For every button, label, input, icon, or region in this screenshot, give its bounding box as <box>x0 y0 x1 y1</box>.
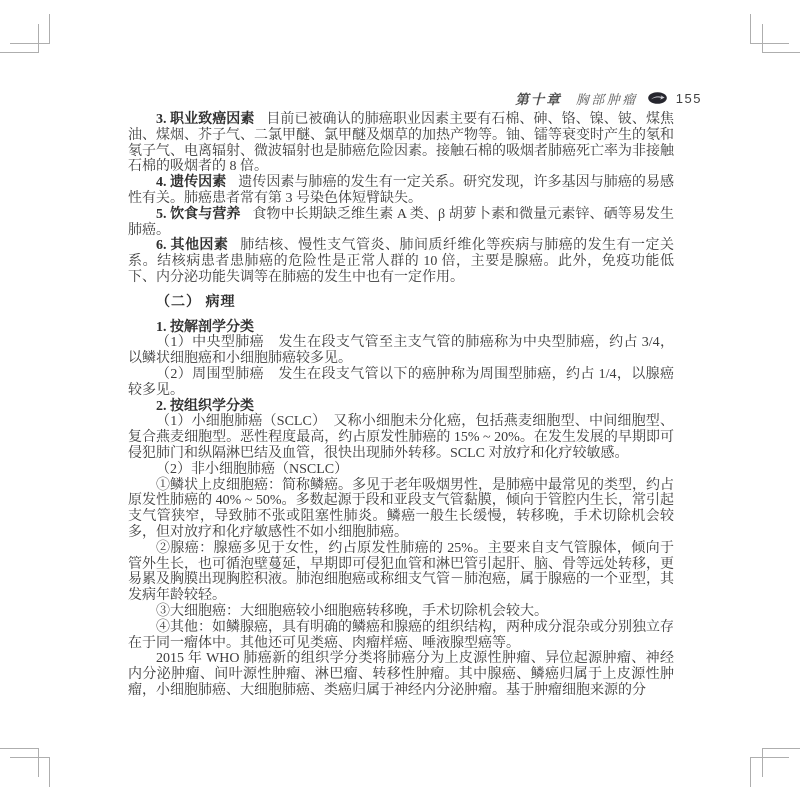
swoosh-ellipse-icon <box>648 92 667 104</box>
section-heading: 1. 按解剖学分类 <box>128 320 674 336</box>
crop-mark-bottom-left-inner <box>0 748 39 777</box>
page-body-text: 3. 职业致癌因素目前已被确认的肺癌职业因素主要有石棉、砷、铬、镍、铍、煤焦油、… <box>128 112 674 699</box>
paragraph: ①鳞状上皮细胞癌：简称鳞癌。多见于老年吸烟男性，是肺癌中最常见的类型，约占原发性… <box>128 478 674 541</box>
paragraph-lead: 2. 按组织学分类 <box>156 399 254 414</box>
paragraph: 5. 饮食与营养食物中长期缺乏维生素 A 类、β 胡萝卜素和微量元素锌、硒等易发… <box>128 207 674 239</box>
page-number: 155 <box>676 91 702 106</box>
section-heading: （二） 病理 <box>128 295 674 311</box>
paragraph: 2015 年 WHO 肺癌新的组织学分类将肺癌分为上皮源性肿瘤、异位起源肿瘤、神… <box>128 651 674 698</box>
paragraph-lead: 6. 其他因素 <box>156 238 228 253</box>
chapter-number: 第十章 <box>515 88 562 108</box>
paragraph-text: ④其他：如鳞腺癌，具有明确的鳞癌和腺癌的组织结构，两种成分混杂或分别独立存在于同… <box>128 620 674 651</box>
paragraph: 6. 其他因素肺结核、慢性支气管炎、肺间质纤维化等疾病与肺癌的发生有一定关系。结… <box>128 238 674 285</box>
paragraph-text: （2）非小细胞肺癌（NSCLC） <box>156 462 348 477</box>
paragraph: （2）非小细胞肺癌（NSCLC） <box>128 462 674 478</box>
paragraph-lead: 3. 职业致癌因素 <box>156 112 254 127</box>
paragraph: ③大细胞癌：大细胞癌较小细胞癌转移晚，手术切除机会较大。 <box>128 604 674 620</box>
paragraph: ②腺癌：腺癌多见于女性，约占原发性肺癌的 25%。主要来自支气管腺体，倾向于管外… <box>128 541 674 604</box>
paragraph: （1）中央型肺癌 发生在段支气管至主支气管的肺癌称为中央型肺癌，约占 3/4，以… <box>128 335 674 367</box>
paragraph-text: （1）中央型肺癌 发生在段支气管至主支气管的肺癌称为中央型肺癌，约占 3/4，以… <box>128 335 674 366</box>
paragraph: （1）小细胞肺癌（SCLC） 又称小细胞未分化癌，包括燕麦细胞型、中间细胞型、复… <box>128 414 674 461</box>
paragraph-text: （2）周围型肺癌 发生在段支气管以下的癌肿称为周围型肺癌，约占 1/4，以腺癌较… <box>128 367 674 398</box>
paragraph-lead: 4. 遗传因素 <box>156 175 226 190</box>
crop-mark-top-left-inner <box>0 24 39 53</box>
paragraph-text: ②腺癌：腺癌多见于女性，约占原发性肺癌的 25%。主要来自支气管腺体，倾向于管外… <box>128 541 674 603</box>
paragraph-text: ③大细胞癌：大细胞癌较小细胞癌转移晚，手术切除机会较大。 <box>156 604 548 619</box>
paragraph: ④其他：如鳞腺癌，具有明确的鳞癌和腺癌的组织结构，两种成分混杂或分别独立存在于同… <box>128 620 674 652</box>
paragraph: 4. 遗传因素遗传因素与肺癌的发生有一定关系。研究发现，许多基因与肺癌的易感性有… <box>128 175 674 207</box>
paragraph-text: ①鳞状上皮细胞癌：简称鳞癌。多见于老年吸烟男性，是肺癌中最常见的类型，约占原发性… <box>128 478 674 540</box>
paragraph-lead: （二） 病理 <box>156 295 236 310</box>
paragraph: 3. 职业致癌因素目前已被确认的肺癌职业因素主要有石棉、砷、铬、镍、铍、煤焦油、… <box>128 112 674 175</box>
crop-mark-top-right-inner <box>762 24 800 53</box>
paragraph-text: 2015 年 WHO 肺癌新的组织学分类将肺癌分为上皮源性肿瘤、异位起源肿瘤、神… <box>128 651 674 698</box>
running-head: 第十章 胸部肿瘤 155 <box>0 90 702 106</box>
paragraph: （2）周围型肺癌 发生在段支气管以下的癌肿称为周围型肺癌，约占 1/4，以腺癌较… <box>128 367 674 399</box>
paragraph-lead: 5. 饮食与营养 <box>156 207 241 222</box>
chapter-title: 胸部肿瘤 <box>576 89 638 108</box>
paragraph-text: （1）小细胞肺癌（SCLC） 又称小细胞未分化癌，包括燕麦细胞型、中间细胞型、复… <box>128 414 674 461</box>
section-heading: 2. 按组织学分类 <box>128 399 674 415</box>
book-page: 第十章 胸部肿瘤 155 3. 职业致癌因素目前已被确认的肺癌职业因素主要有石棉… <box>0 0 800 800</box>
crop-mark-bottom-right-inner <box>762 748 800 777</box>
paragraph-lead: 1. 按解剖学分类 <box>156 320 254 335</box>
